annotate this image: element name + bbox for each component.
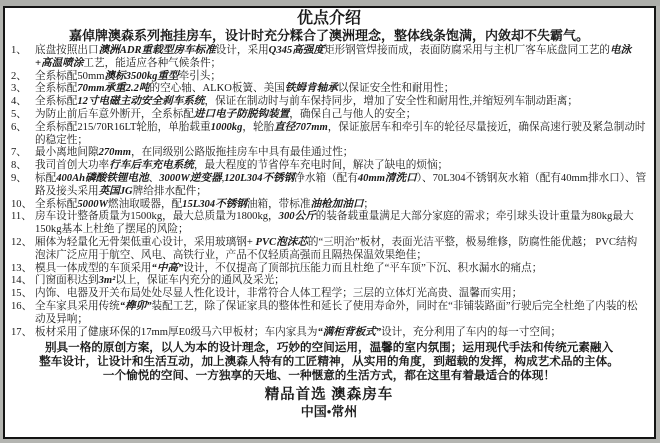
- closing-paragraph: 别具一格的原创方案，以人为本的设计理念，巧妙的空间运用，温馨的室内氛围；运用现代…: [11, 341, 647, 383]
- item-number: 7、: [11, 147, 35, 160]
- item-text: 门窗面积达到3m²以上，保证车内充分的通风及采光；: [35, 275, 647, 288]
- item-text: 全系标配5000W燃油取暖器，配15L304不锈钢油箱，带标准油枪加油口；: [35, 199, 647, 212]
- advantage-item: 8、我司首创大功率行车后车充电系统，最大程度的节省停车充电时间，解决了缺电的烦恼…: [11, 160, 647, 173]
- advantage-item: 14、门窗面积达到3m²以上，保证车内充分的通风及采光；: [11, 275, 647, 288]
- advantage-item: 13、模具一体成型的车顶采用“中高”设计，不仅提高了顶部抗压能力而且杜绝了“平车…: [11, 263, 647, 276]
- item-number: 6、: [11, 122, 35, 148]
- advantage-item: 11、房车设计整备质量为1500kg，最大总质量为1800kg，300公斤的装备…: [11, 211, 647, 237]
- item-number: 10、: [11, 199, 35, 212]
- advantage-item: 2、全系标配50mm澳标3500kg重型牵引头；: [11, 71, 647, 84]
- item-text: 全系标配12寸电磁主动安全刹车系统，保证在制动时与前车保持同步，增加了安全性和耐…: [35, 96, 647, 109]
- item-text: 厢体为轻量化无骨架低重心设计，采用玻璃钢+ PVC泡沫芯的“三明治”板材，表面光…: [35, 237, 647, 263]
- item-number: 12、: [11, 237, 35, 263]
- item-number: 8、: [11, 160, 35, 173]
- advantage-item: 15、内饰、电器及开关布局处处尽显人性化设计，非常符合人体工程学；三层的立体灯光…: [11, 288, 647, 301]
- item-text: 为防止前后车意外断开，全系标配进口电子防脱钩装置，确保自己与他人的安全；: [35, 109, 647, 122]
- item-text: 全车家具采用传统“榫卯”装配工艺，除了保证家具的整体性和延长了使用寿命外，同时在…: [35, 301, 647, 327]
- document-page: 优点介绍 嘉倬牌澳森系列拖挂房车，设计时充分糅合了澳洲理念，整体线条饱满，内敛却…: [3, 6, 656, 439]
- closing-line: 一个愉悦的空间、一方独享的天地、一种惬意的生活方式，都在这里有着最适合的体现！: [11, 369, 647, 383]
- item-number: 17、: [11, 327, 35, 340]
- item-text: 我司首创大功率行车后车充电系统，最大程度的节省停车充电时间，解决了缺电的烦恼；: [35, 160, 647, 173]
- item-number: 9、: [11, 173, 35, 199]
- item-number: 16、: [11, 301, 35, 327]
- item-text: 模具一体成型的车顶采用“中高”设计，不仅提高了顶部抗压能力而且杜绝了“平车顶”下…: [35, 263, 647, 276]
- item-text: 全系标配70mm承重2.2吨的空心轴、ALKO板簧、美国铁姆肯轴承以保证安全性和…: [35, 83, 647, 96]
- advantage-item: 16、全车家具采用传统“榫卯”装配工艺，除了保证家具的整体性和延长了使用寿命外，…: [11, 301, 647, 327]
- item-text: 全系标配50mm澳标3500kg重型牵引头；: [35, 71, 647, 84]
- item-number: 5、: [11, 109, 35, 122]
- advantage-item: 6、全系标配215/70R16LT轮胎，单胎载重1000kg，轮胎直径707mm…: [11, 122, 647, 148]
- advantage-item: 1、底盘按照出口澳洲ADR重载型房车标准设计，采用Q345高强度矩形钢管焊接而成…: [11, 45, 647, 71]
- item-number: 3、: [11, 83, 35, 96]
- item-text: 房车设计整备质量为1500kg，最大总质量为1800kg，300公斤的装备载重量…: [35, 211, 647, 237]
- item-number: 14、: [11, 275, 35, 288]
- advantage-item: 12、厢体为轻量化无骨架低重心设计，采用玻璃钢+ PVC泡沫芯的“三明治”板材，…: [11, 237, 647, 263]
- advantage-item: 4、全系标配12寸电磁主动安全刹车系统，保证在制动时与前车保持同步，增加了安全性…: [11, 96, 647, 109]
- item-text: 底盘按照出口澳洲ADR重载型房车标准设计，采用Q345高强度矩形钢管焊接而成，表…: [35, 45, 647, 71]
- item-text: 全系标配215/70R16LT轮胎，单胎载重1000kg，轮胎直径707mm，保…: [35, 122, 647, 148]
- item-number: 15、: [11, 288, 35, 301]
- item-number: 13、: [11, 263, 35, 276]
- item-number: 4、: [11, 96, 35, 109]
- item-text: 内饰、电器及开关布局处处尽显人性化设计，非常符合人体工程学；三层的立体灯光高贵、…: [35, 288, 647, 301]
- advantage-item: 10、全系标配5000W燃油取暖器，配15L304不锈钢油箱，带标准油枪加油口；: [11, 199, 647, 212]
- page-subtitle: 嘉倬牌澳森系列拖挂房车，设计时充分糅合了澳洲理念，整体线条饱满，内敛却不失霸气。: [11, 28, 647, 44]
- advantage-item: 9、标配400Ah磷酸铁锂电池、3000W逆变器,120L304不锈钢净水箱（配…: [11, 173, 647, 199]
- item-number: 1、: [11, 45, 35, 71]
- item-text: 标配400Ah磷酸铁锂电池、3000W逆变器,120L304不锈钢净水箱（配有4…: [35, 173, 647, 199]
- item-number: 11、: [11, 211, 35, 237]
- item-number: 2、: [11, 71, 35, 84]
- brand-slogan: 精品首选 澳森房车: [11, 387, 647, 404]
- item-text: 最小离地间隙270mm，在同级别公路版拖挂房车中具有最佳通过性；: [35, 147, 647, 160]
- page-title: 优点介绍: [11, 10, 647, 28]
- closing-line: 别具一格的原创方案，以人为本的设计理念，巧妙的空间运用，温馨的室内氛围；运用现代…: [11, 341, 647, 355]
- advantage-item: 3、全系标配70mm承重2.2吨的空心轴、ALKO板簧、美国铁姆肯轴承以保证安全…: [11, 83, 647, 96]
- advantage-item: 5、为防止前后车意外断开，全系标配进口电子防脱钩装置，确保自己与他人的安全；: [11, 109, 647, 122]
- company-location: 中国•常州: [11, 404, 647, 419]
- closing-line: 整车设计，让设计和生活互动，加上澳森人特有的工匠精神，从实用的角度，到超载的发挥…: [11, 355, 647, 369]
- advantage-item: 7、最小离地间隙270mm，在同级别公路版拖挂房车中具有最佳通过性；: [11, 147, 647, 160]
- advantages-list: 1、底盘按照出口澳洲ADR重载型房车标准设计，采用Q345高强度矩形钢管焊接而成…: [11, 45, 647, 339]
- item-text: 板材采用了健康环保的17mm厚E0级马六甲板材；车内家具为“满柜背板式”设计，充…: [35, 327, 647, 340]
- advantage-item: 17、板材采用了健康环保的17mm厚E0级马六甲板材；车内家具为“满柜背板式”设…: [11, 327, 647, 340]
